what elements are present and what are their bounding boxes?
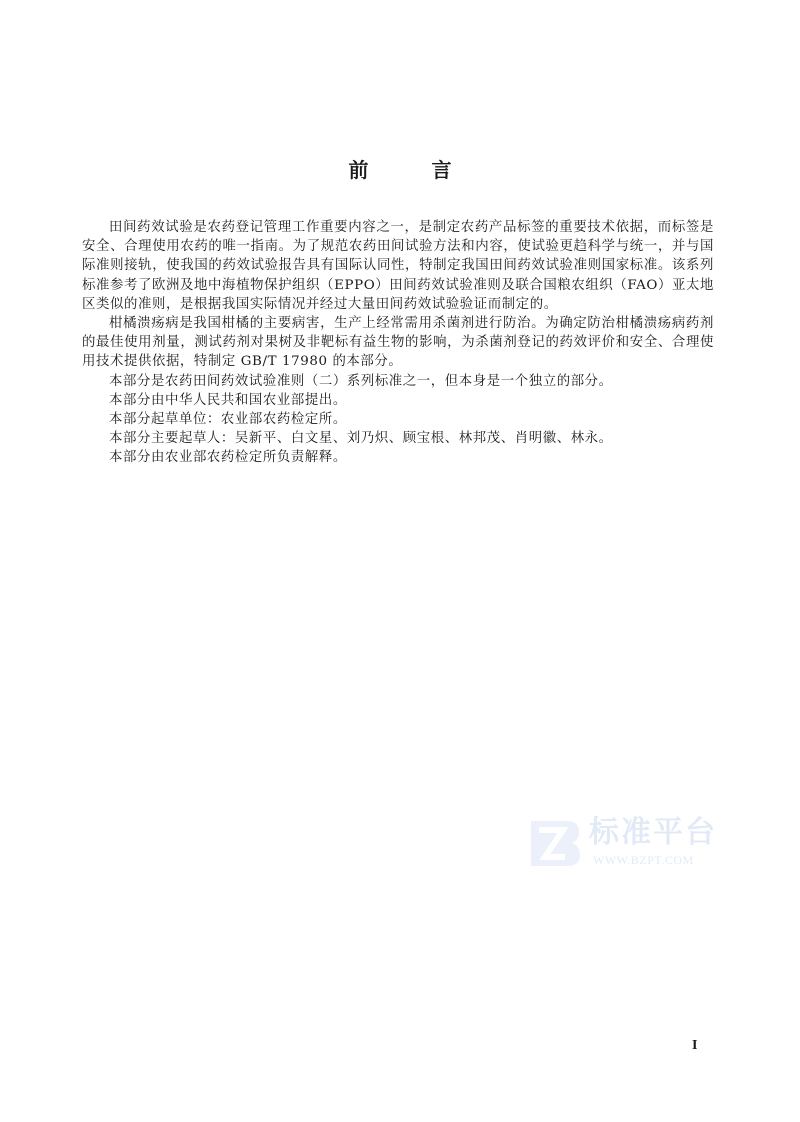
paragraph-interpretation: 本部分由农业部农药检定所负责解释。	[82, 448, 714, 467]
paragraph-proposer: 本部分由中华人民共和国农业部提出。	[82, 391, 714, 410]
watermark-name: 标准平台	[589, 815, 717, 851]
page-title: 前 言	[0, 156, 800, 184]
watermark-url: WWW.BZPT.COM	[593, 853, 694, 867]
bz-logo-icon	[527, 815, 583, 871]
foreword-body: 田间药效试验是农药登记管理工作重要内容之一，是制定农药产品标签的重要技术依据，而…	[82, 218, 714, 468]
paragraph-series: 本部分是农药田间药效试验准则（二）系列标准之一，但本身是一个独立的部分。	[82, 372, 714, 391]
page-number: I	[692, 1038, 697, 1054]
paragraph-citrus-canker: 柑橘溃疡病是我国柑橘的主要病害，生产上经常需用杀菌剂进行防治。为确定防治柑橘溃疡…	[82, 314, 714, 372]
paragraph-drafters: 本部分主要起草人：吴新平、白文星、刘乃炽、顾宝根、林邦茂、肖明徽、林永。	[82, 429, 714, 448]
paragraph-purpose: 田间药效试验是农药登记管理工作重要内容之一，是制定农药产品标签的重要技术依据，而…	[82, 218, 714, 314]
paragraph-drafting-unit: 本部分起草单位：农业部农药检定所。	[82, 410, 714, 429]
watermark: 标准平台 WWW.BZPT.COM	[527, 815, 737, 881]
